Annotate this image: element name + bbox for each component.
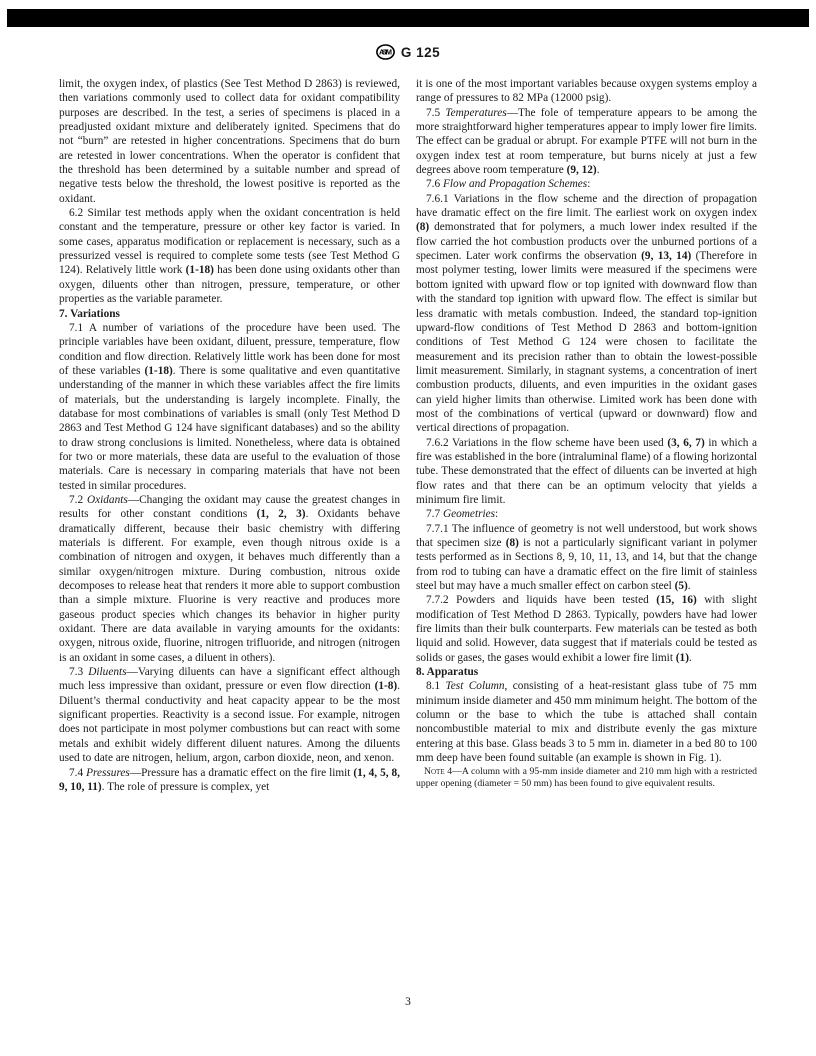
- paragraph: 7.5 Temperatures—The fole of temperature…: [416, 106, 757, 178]
- paragraph: limit, the oxygen index, of plastics (Se…: [59, 77, 400, 206]
- paragraph: 7.6.1 Variations in the flow scheme and …: [416, 192, 757, 436]
- paragraph: 8.1 Test Column, consisting of a heat-re…: [416, 679, 757, 765]
- note-text: Note 4—A column with a 95-mm inside diam…: [416, 766, 757, 790]
- paragraph: 7.4 Pressures—Pressure has a dramatic ef…: [59, 766, 400, 795]
- doc-code: G 125: [401, 45, 440, 60]
- scan-artifact-bar: [7, 9, 809, 27]
- paragraph: 7.2 Oxidants—Changing the oxidant may ca…: [59, 493, 400, 665]
- page-footer: 3: [0, 996, 816, 1008]
- section-heading: 7. Variations: [59, 307, 400, 321]
- paragraph: 7.3 Diluents—Varying diluents can have a…: [59, 665, 400, 765]
- right-column: it is one of the most important variable…: [416, 77, 757, 794]
- paragraph: 7.7 Geometries:: [416, 507, 757, 521]
- paragraph: 7.7.2 Powders and liquids have been test…: [416, 593, 757, 665]
- paragraph: 7.1 A number of variations of the proced…: [59, 321, 400, 493]
- paragraph: 7.6 Flow and Propagation Schemes:: [416, 177, 757, 191]
- svg-text:ASTM: ASTM: [379, 48, 392, 57]
- paragraph: 6.2 Similar test methods apply when the …: [59, 206, 400, 306]
- body-columns: limit, the oxygen index, of plastics (Se…: [59, 77, 757, 794]
- paragraph: 7.7.1 The influence of geometry is not w…: [416, 522, 757, 594]
- paragraph: it is one of the most important variable…: [416, 77, 757, 106]
- paragraph: 7.6.2 Variations in the flow scheme have…: [416, 436, 757, 508]
- page-number: 3: [405, 996, 411, 1008]
- page-header: ASTM G 125: [0, 44, 816, 60]
- document-page: ASTM G 125 limit, the oxygen index, of p…: [0, 0, 816, 1056]
- section-heading: 8. Apparatus: [416, 665, 757, 679]
- left-column: limit, the oxygen index, of plastics (Se…: [59, 77, 400, 794]
- astm-logo-icon: ASTM: [376, 44, 395, 60]
